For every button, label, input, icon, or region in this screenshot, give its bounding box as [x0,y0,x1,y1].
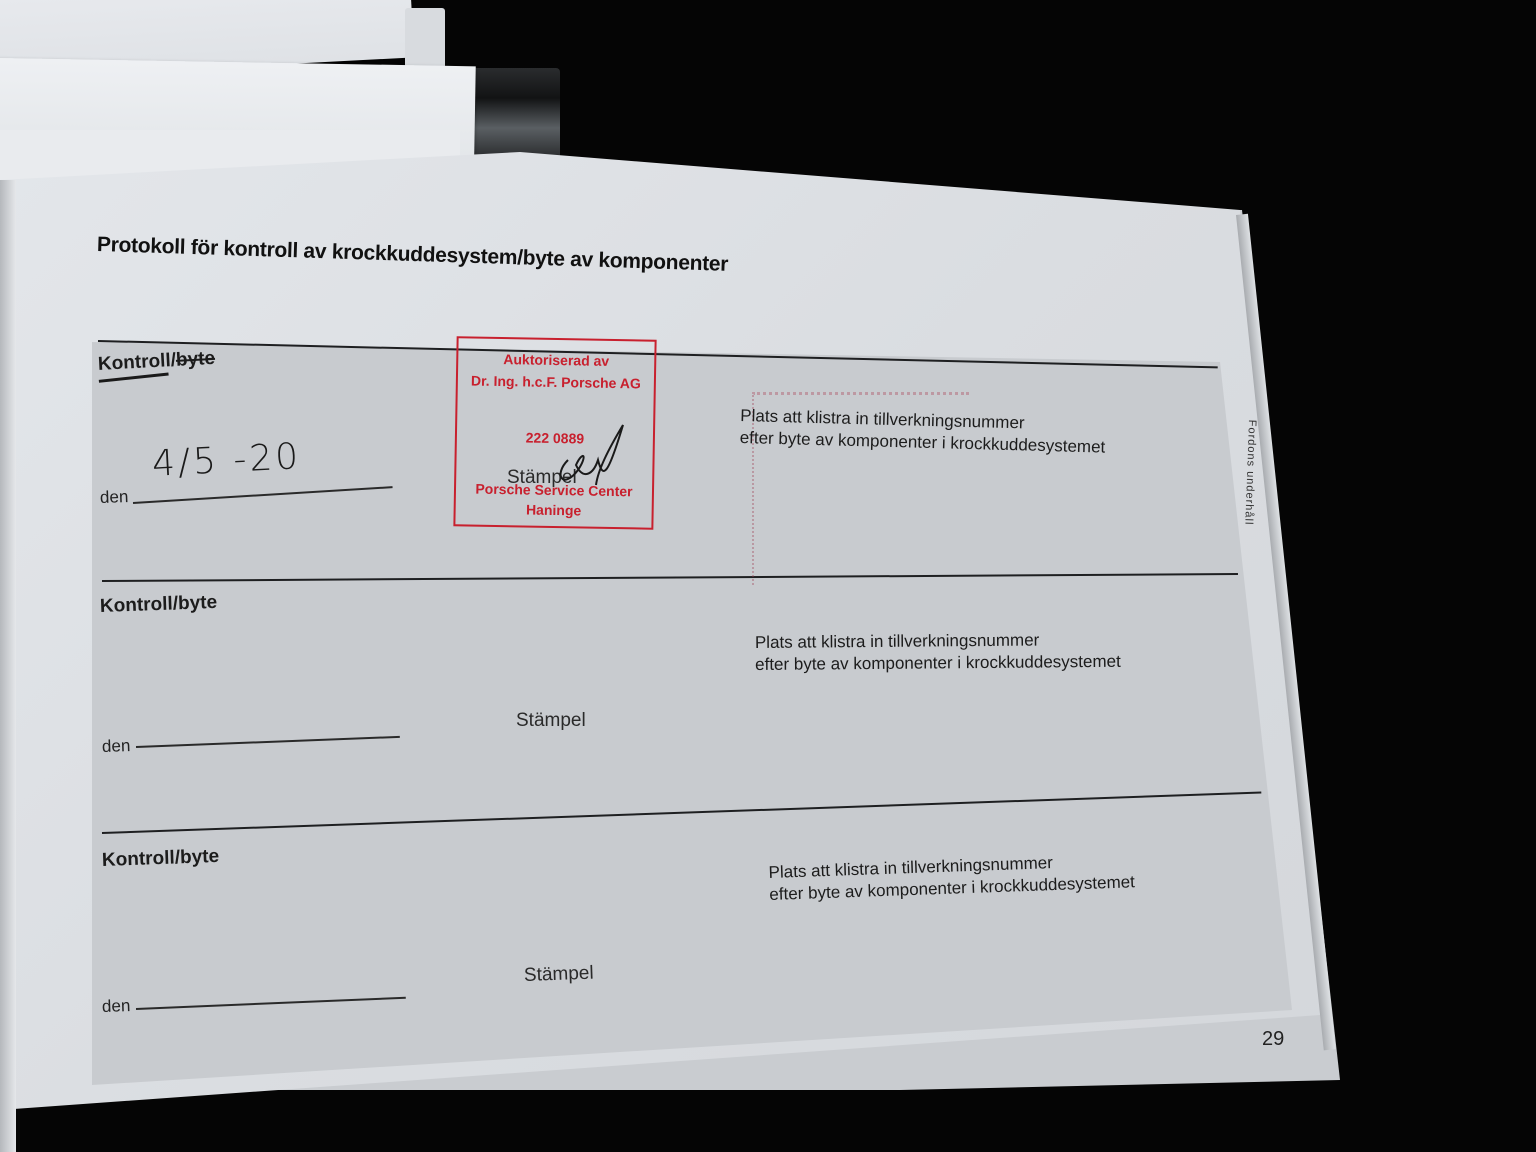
stamp-location-text: Haninge [456,500,652,519]
kontroll-label: Kontroll/ [97,350,176,375]
den-label: den [100,487,129,508]
section-2-label: Kontroll/byte [100,592,218,618]
section-3-label: Kontroll/byte [102,846,220,872]
stamp-porsche-ag-text: Dr. Ing. h.c.F. Porsche AG [458,372,654,391]
stamp-authorized-text: Auktoriserad av [458,350,654,369]
sticker-placement-instructions: Plats att klistra in tillverkningsnummer… [755,629,1121,676]
signature-icon [548,420,638,490]
handwritten-date: 4/5 -20 [151,436,302,485]
byte-label-struck: byte [175,348,215,371]
stamp-label: Stämpel [516,710,586,732]
page-number: 29 [1262,1028,1284,1051]
den-label: den [102,996,131,1017]
stamp-label: Stämpel [524,963,594,987]
booklet-spine [0,180,16,1152]
den-label: den [102,736,131,757]
background-paper-tab [405,8,445,73]
